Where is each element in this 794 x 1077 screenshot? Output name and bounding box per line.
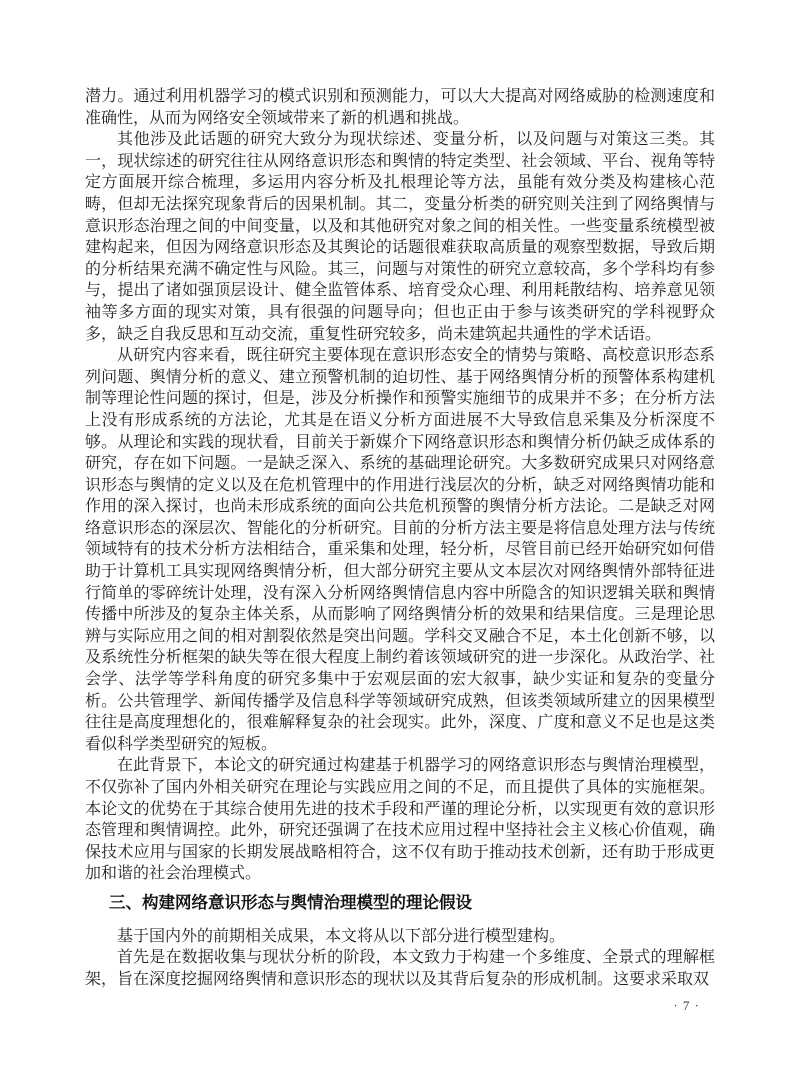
paragraph-continuation: 潜力。通过利用机器学习的模式识别和预测能力，可以大大提高对网络威胁的检测速度和准… bbox=[85, 86, 715, 129]
paragraph: 从研究内容来看，既往研究主要体现在意识形态安全的情势与策略、高校意识形态系列问题… bbox=[85, 345, 715, 755]
paragraph: 首先是在数据收集与现状分析的阶段，本文致力于构建一个多维度、全景式的理解框架，旨… bbox=[85, 947, 715, 990]
paragraph: 基于国内外的前期相关成果，本文将从以下部分进行模型建构。 bbox=[85, 926, 715, 948]
paragraph: 在此背景下，本论文的研究通过构建基于机器学习的网络意识形态与舆情治理模型，不仅弥… bbox=[85, 755, 715, 885]
page-body-text: 潜力。通过利用机器学习的模式识别和预测能力，可以大大提高对网络威胁的检测速度和准… bbox=[85, 86, 715, 990]
section-heading: 三、构建网络意识形态与舆情治理模型的理论假设 bbox=[109, 893, 715, 915]
paper-page: 潜力。通过利用机器学习的模式识别和预测能力，可以大大提高对网络威胁的检测速度和准… bbox=[0, 0, 794, 1077]
paragraph: 其他涉及此话题的研究大致分为现状综述、变量分析，以及问题与对策这三类。其一，现状… bbox=[85, 129, 715, 345]
page-number: · 7 · bbox=[673, 999, 700, 1013]
